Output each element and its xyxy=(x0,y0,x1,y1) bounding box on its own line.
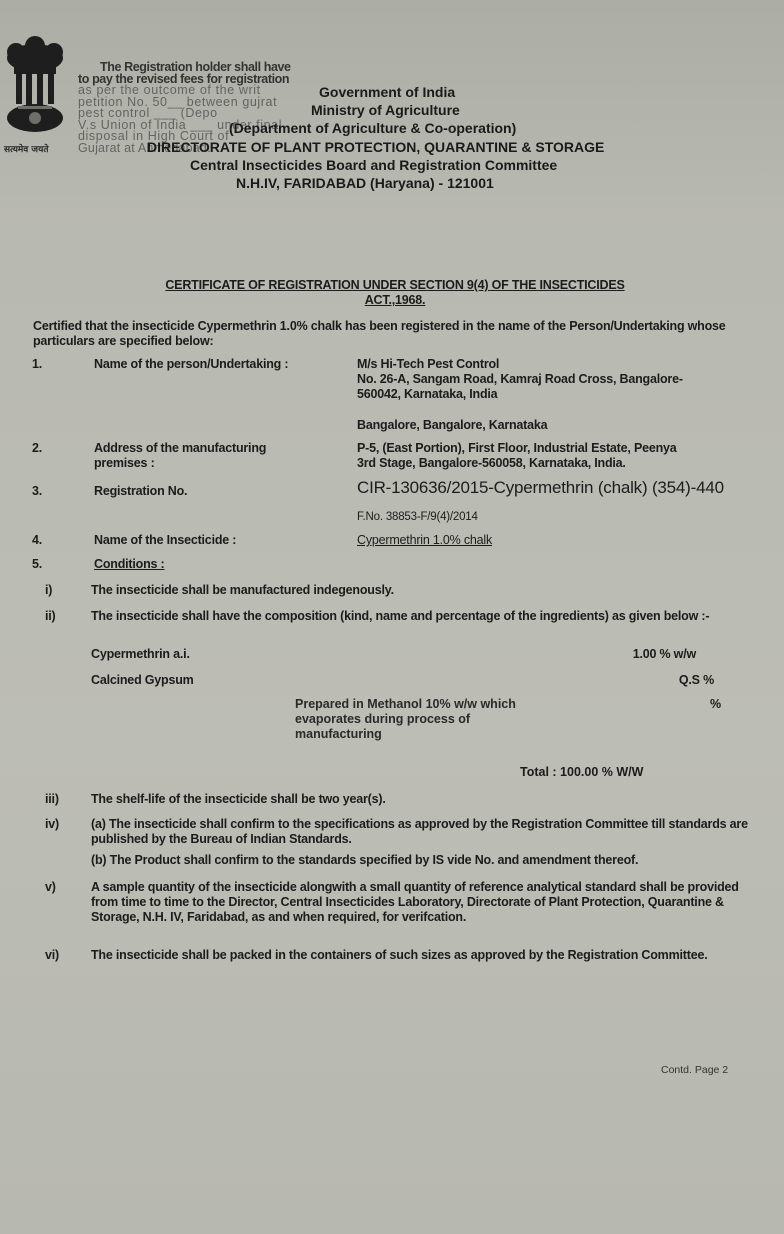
item-number: 2. xyxy=(32,441,42,456)
ingredient-name: Calcined Gypsum xyxy=(91,673,194,688)
board-name: Central Insecticides Board and Registrat… xyxy=(190,157,557,174)
condition-number: vi) xyxy=(45,948,71,963)
certificate-title: CERTIFICATE OF REGISTRATION UNDER SECTIO… xyxy=(60,278,730,308)
condition-text-a: (a) The insecticide shall confirm to the… xyxy=(91,817,766,847)
ingredient-value: 1.00 % w/w xyxy=(633,647,696,662)
continued-page-note: Contd. Page 2 xyxy=(661,1064,728,1076)
condition-text-b: (b) The Product shall confirm to the sta… xyxy=(91,853,766,868)
condition-text: A sample quantity of the insecticide alo… xyxy=(91,880,766,925)
insecticide-name: Cypermethrin 1.0% chalk xyxy=(357,533,767,548)
condition-text: The insecticide shall have the compositi… xyxy=(91,609,731,624)
office-address: N.H.IV, FARIDABAD (Haryana) - 121001 xyxy=(236,175,494,192)
item-label-address: Address of the manufacturing premises : xyxy=(94,441,266,471)
certificate-intro: Certified that the insecticide Cypermeth… xyxy=(33,319,753,349)
item-label-insecticide: Name of the Insecticide : xyxy=(94,533,236,548)
emblem-motto: सत्यमेव जयते xyxy=(4,142,48,155)
conditions-heading: Conditions : xyxy=(94,557,165,572)
composition-total: Total : 100.00 % W/W xyxy=(520,765,643,779)
condition-number: iv) xyxy=(45,817,71,832)
item-number: 4. xyxy=(32,533,42,548)
condition-number: v) xyxy=(45,880,71,895)
directorate-name: DIRECTORATE OF PLANT PROTECTION, QUARANT… xyxy=(147,139,604,156)
solvent-note: Prepared in Methanol 10% w/w which evapo… xyxy=(295,697,535,742)
condition-text: The insecticide shall be manufactured in… xyxy=(91,583,766,598)
item-label-name: Name of the person/Undertaking : xyxy=(94,357,288,372)
registration-number: CIR-130636/2015-Cypermethrin (chalk) (35… xyxy=(357,480,767,495)
item-number: 3. xyxy=(32,484,42,499)
condition-number: i) xyxy=(45,583,71,598)
department-name: (Department of Agriculture & Co-operatio… xyxy=(229,120,516,137)
national-emblem-icon xyxy=(4,36,66,146)
file-number: F.No. 38853-F/9(4)/2014 xyxy=(357,510,767,525)
condition-text: The shelf-life of the insecticide shall … xyxy=(91,792,766,807)
item-number: 1. xyxy=(32,357,42,372)
item-number: 5. xyxy=(32,557,42,572)
condition-number: ii) xyxy=(45,609,71,624)
undertaking-name: M/s Hi-Tech Pest Control No. 26-A, Sanga… xyxy=(357,357,767,402)
solvent-value: % xyxy=(710,697,721,712)
ministry-name: Ministry of Agriculture xyxy=(311,102,460,119)
item-label-registration: Registration No. xyxy=(94,484,187,499)
government-name: Government of India xyxy=(319,84,455,101)
ingredient-value: Q.S % xyxy=(679,673,714,688)
condition-number: iii) xyxy=(45,792,71,807)
undertaking-location: Bangalore, Bangalore, Karnataka xyxy=(357,418,767,433)
condition-text: The insecticide shall be packed in the c… xyxy=(91,948,766,963)
manufacturing-address: P-5, (East Portion), First Floor, Indust… xyxy=(357,441,767,471)
ingredient-name: Cypermethrin a.i. xyxy=(91,647,190,662)
